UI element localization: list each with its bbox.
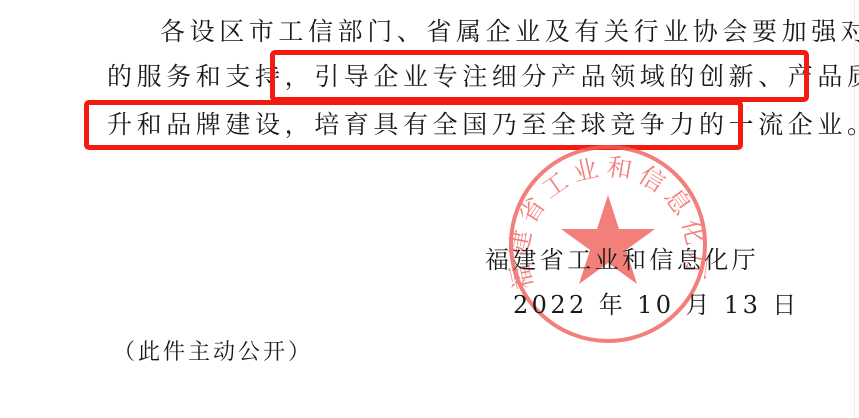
publication-note: （此件主动公开）	[113, 338, 313, 368]
highlight-box-1	[270, 50, 809, 102]
paragraph-line-1: 各设区市工信部门、省属企业及有关行业协会要加强对企业	[160, 17, 859, 47]
signing-organization: 福建省工业和信息化厅	[485, 245, 759, 275]
signing-date: 2022 年 10 月 13 日	[513, 290, 800, 320]
